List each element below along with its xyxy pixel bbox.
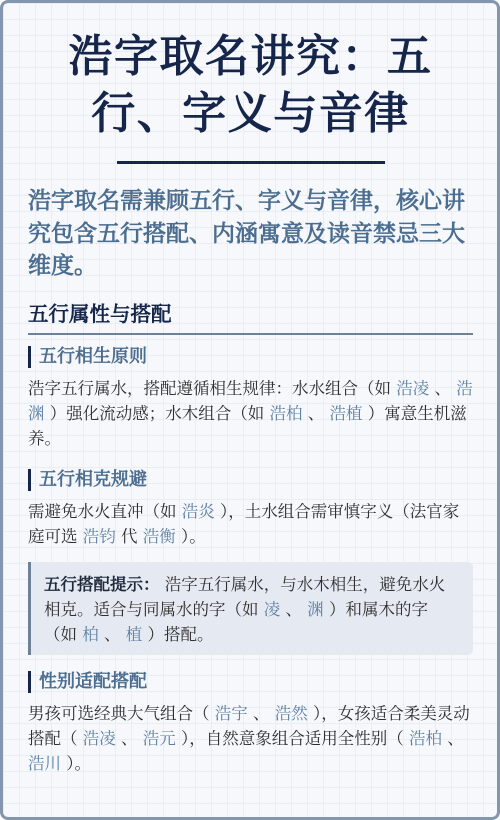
article-card: 浩字取名讲究：五行、字义与音律 浩字取名需兼顾五行、字义与音律，核心讲究包含五行… bbox=[0, 0, 500, 820]
name-highlight: 浩钧 bbox=[83, 527, 116, 546]
body-text: 、 bbox=[116, 729, 143, 748]
tip-box: 五行搭配提示： 浩字五行属水，与水木相生，避免水火相克。适合与同属水的字（如 凌… bbox=[28, 562, 473, 655]
body-text: 、 bbox=[303, 404, 330, 423]
body-text: 浩字五行属水，搭配遵循相生规律：水水组合（如 bbox=[28, 379, 396, 398]
tip-text: 、 bbox=[99, 625, 126, 644]
name-highlight: 浩衡 bbox=[143, 527, 176, 546]
subsection-body-gender: 男孩可选经典大气组合（ 浩宇 、 浩然 ），女孩适合柔美灵动搭配（ 浩凌 、 浩… bbox=[28, 701, 473, 776]
summary-text: 浩字取名需兼顾五行、字义与音律，核心讲究包含五行搭配、内涵寓意及读音禁忌三大维度… bbox=[28, 185, 473, 283]
char-highlight: 渊 bbox=[307, 600, 324, 619]
body-text: ）。 bbox=[176, 527, 206, 546]
name-highlight: 浩凌 bbox=[396, 379, 429, 398]
body-text: 、 bbox=[248, 704, 275, 723]
tip-label: 五行搭配提示： bbox=[44, 575, 160, 594]
name-highlight: 浩柏 bbox=[409, 729, 442, 748]
char-highlight: 柏 bbox=[82, 625, 99, 644]
body-text: 代 bbox=[116, 527, 143, 546]
section-heading-wuxing: 五行属性与搭配 bbox=[28, 301, 473, 335]
body-text: ）。 bbox=[61, 754, 91, 773]
body-text: 男孩可选经典大气组合（ bbox=[28, 704, 215, 723]
tip-text: 、 bbox=[280, 600, 307, 619]
body-text: 、 bbox=[442, 729, 464, 748]
subsection-heading-generation: 五行相生原则 bbox=[28, 346, 473, 368]
body-text: 需避免水火直冲（如 bbox=[28, 502, 182, 521]
body-text: ）强化流动感；水木组合（如 bbox=[45, 404, 270, 423]
name-highlight: 浩植 bbox=[330, 404, 363, 423]
name-highlight: 浩宇 bbox=[215, 704, 248, 723]
name-highlight: 浩炎 bbox=[182, 502, 215, 521]
subsection-heading-restraint: 五行相克规避 bbox=[28, 469, 473, 491]
name-highlight: 浩柏 bbox=[270, 404, 303, 423]
name-highlight: 浩元 bbox=[143, 729, 176, 748]
name-highlight: 浩然 bbox=[275, 704, 308, 723]
name-highlight: 浩凌 bbox=[83, 729, 116, 748]
subsection-body-generation: 浩字五行属水，搭配遵循相生规律：水水组合（如 浩凌 、 浩渊 ）强化流动感；水木… bbox=[28, 376, 473, 451]
title-divider bbox=[117, 161, 385, 164]
subsection-heading-gender: 性别适配搭配 bbox=[28, 671, 473, 693]
char-highlight: 凌 bbox=[264, 600, 281, 619]
tip-text: ）搭配。 bbox=[142, 625, 213, 644]
name-highlight: 浩川 bbox=[28, 754, 61, 773]
body-text: 、 bbox=[429, 379, 456, 398]
page-title: 浩字取名讲究：五行、字义与音律 bbox=[51, 28, 451, 142]
char-highlight: 植 bbox=[126, 625, 143, 644]
subsection-body-restraint: 需避免水火直冲（如 浩炎 ），土水组合需审慎字义（法官家庭可选 浩钧 代 浩衡 … bbox=[28, 499, 473, 549]
body-text: ），自然意象组合适用全性别（ bbox=[176, 729, 409, 748]
